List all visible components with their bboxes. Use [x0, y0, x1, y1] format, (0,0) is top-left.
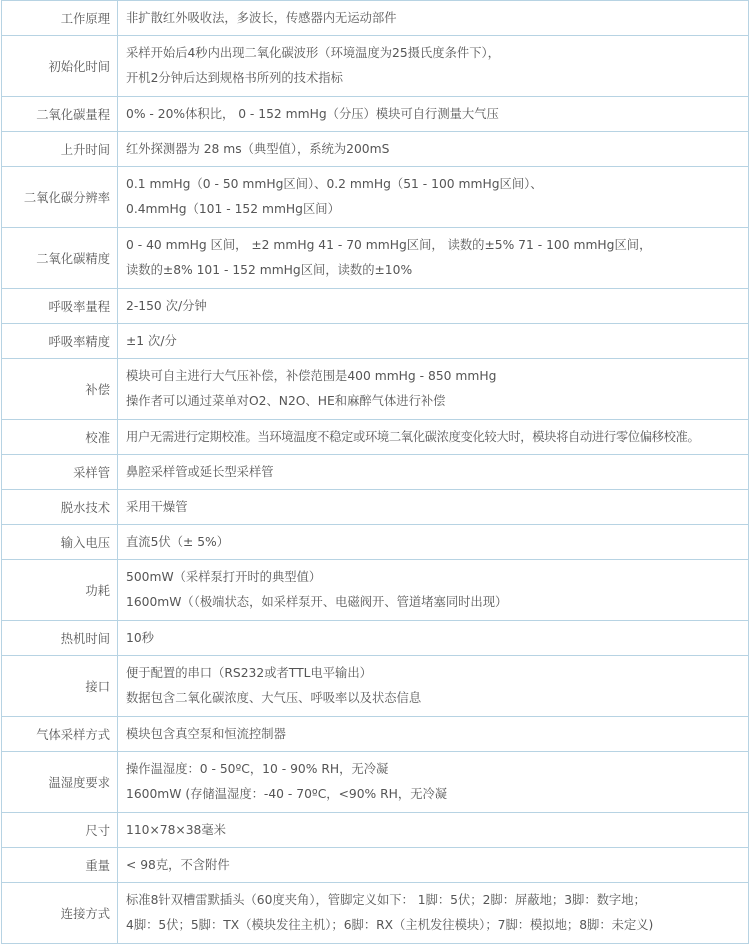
- spec-label: 工作原理: [2, 1, 118, 36]
- spec-label: 初始化时间: [2, 36, 118, 97]
- spec-value: ±1 次/分: [118, 324, 749, 359]
- spec-label: 二氧化碳精度: [2, 228, 118, 289]
- spec-row-sampling-tube: 采样管 鼻腔采样管或延长型采样管: [2, 455, 749, 490]
- spec-row-resp-rate-accuracy: 呼吸率精度 ±1 次/分: [2, 324, 749, 359]
- spec-label: 热机时间: [2, 621, 118, 656]
- spec-row-connection: 连接方式 标准8针双槽雷默插头（60度夹角），管脚定义如下： 1脚：5伏；2脚：…: [2, 883, 749, 944]
- spec-value-line: 采用干燥管: [126, 495, 746, 520]
- spec-value-line: 500mW（采样泵打开时的典型值）: [126, 565, 746, 590]
- spec-value-line: 0.4mmHg（101 - 152 mmHg区间）: [126, 197, 746, 222]
- spec-value: < 98克，不含附件: [118, 848, 749, 883]
- spec-value-line: 0% - 20%体积比， 0 - 152 mmHg（分压）模块可自行测量大气压: [126, 102, 746, 127]
- spec-value-line: 110×78×38毫米: [126, 818, 746, 843]
- spec-value-line: 采样开始后4秒内出现二氧化碳波形（环境温度为25摄氏度条件下），: [126, 41, 746, 66]
- spec-row-interface: 接口 便于配置的串口（RS232或者TTL电平输出） 数据包含二氧化碳浓度、大气…: [2, 656, 749, 717]
- spec-row-temp-humidity: 温湿度要求 操作温湿度：0 - 50ºC，10 - 90% RH，无冷凝 160…: [2, 752, 749, 813]
- spec-value-line: ±1 次/分: [126, 329, 746, 354]
- spec-value-line: 开机2分钟后达到规格书所列的技术指标: [126, 66, 746, 91]
- spec-value: 便于配置的串口（RS232或者TTL电平输出） 数据包含二氧化碳浓度、大气压、呼…: [118, 656, 749, 717]
- spec-row-dehydration: 脱水技术 采用干燥管: [2, 490, 749, 525]
- spec-label: 呼吸率精度: [2, 324, 118, 359]
- spec-value: 模块包含真空泵和恒流控制器: [118, 717, 749, 752]
- spec-value: 采用干燥管: [118, 490, 749, 525]
- spec-label: 重量: [2, 848, 118, 883]
- spec-value: 0.1 mmHg（0 - 50 mmHg区间）、0.2 mmHg（51 - 10…: [118, 167, 749, 228]
- spec-label: 尺寸: [2, 813, 118, 848]
- spec-table: 工作原理 非扩散红外吸收法，多波长，传感器内无运动部件 初始化时间 采样开始后4…: [1, 0, 749, 944]
- spec-row-compensation: 补偿 模块可自主进行大气压补偿，补偿范围是400 mmHg - 850 mmHg…: [2, 359, 749, 420]
- spec-label: 呼吸率量程: [2, 289, 118, 324]
- spec-label: 二氧化碳量程: [2, 97, 118, 132]
- spec-label: 气体采样方式: [2, 717, 118, 752]
- spec-value-line: 红外探测器为 28 ms（典型值），系统为200mS: [126, 137, 746, 162]
- spec-value: 0% - 20%体积比， 0 - 152 mmHg（分压）模块可自行测量大气压: [118, 97, 749, 132]
- spec-label: 补偿: [2, 359, 118, 420]
- spec-value-line: 4脚：5伏；5脚：TX（模块发往主机）；6脚：RX（主机发往模块）；7脚：模拟地…: [126, 913, 746, 938]
- spec-label: 采样管: [2, 455, 118, 490]
- spec-value: 500mW（采样泵打开时的典型值） 1600mW（（极端状态，如采样泵开、电磁阀…: [118, 560, 749, 621]
- spec-value-line: 读数的±8% 101 - 152 mmHg区间，读数的±10%: [126, 258, 746, 283]
- spec-label: 校准: [2, 420, 118, 455]
- spec-row-co2-range: 二氧化碳量程 0% - 20%体积比， 0 - 152 mmHg（分压）模块可自…: [2, 97, 749, 132]
- spec-row-co2-accuracy: 二氧化碳精度 0 - 40 mmHg 区间， ±2 mmHg 41 - 70 m…: [2, 228, 749, 289]
- spec-row-working-principle: 工作原理 非扩散红外吸收法，多波长，传感器内无运动部件: [2, 1, 749, 36]
- spec-value-line: 0 - 40 mmHg 区间， ±2 mmHg 41 - 70 mmHg区间， …: [126, 233, 746, 258]
- spec-value: 模块可自主进行大气压补偿，补偿范围是400 mmHg - 850 mmHg 操作…: [118, 359, 749, 420]
- spec-value-line: 非扩散红外吸收法，多波长，传感器内无运动部件: [126, 6, 746, 31]
- spec-value-line: 操作温湿度：0 - 50ºC，10 - 90% RH，无冷凝: [126, 757, 746, 782]
- spec-label: 连接方式: [2, 883, 118, 944]
- spec-value: 鼻腔采样管或延长型采样管: [118, 455, 749, 490]
- spec-value-line: 便于配置的串口（RS232或者TTL电平输出）: [126, 661, 746, 686]
- spec-value-line: 标准8针双槽雷默插头（60度夹角），管脚定义如下： 1脚：5伏；2脚：屏蔽地；3…: [126, 888, 746, 913]
- spec-value: 0 - 40 mmHg 区间， ±2 mmHg 41 - 70 mmHg区间， …: [118, 228, 749, 289]
- spec-row-rise-time: 上升时间 红外探测器为 28 ms（典型值），系统为200mS: [2, 132, 749, 167]
- spec-value-line: 10秒: [126, 626, 746, 651]
- spec-row-gas-sampling: 气体采样方式 模块包含真空泵和恒流控制器: [2, 717, 749, 752]
- spec-value: 采样开始后4秒内出现二氧化碳波形（环境温度为25摄氏度条件下）， 开机2分钟后达…: [118, 36, 749, 97]
- spec-row-resp-rate-range: 呼吸率量程 2-150 次/分钟: [2, 289, 749, 324]
- spec-label: 温湿度要求: [2, 752, 118, 813]
- spec-row-calibration: 校准 用户无需进行定期校准。当环境温度不稳定或环境二氧化碳浓度变化较大时，模块将…: [2, 420, 749, 455]
- spec-table-body: 工作原理 非扩散红外吸收法，多波长，传感器内无运动部件 初始化时间 采样开始后4…: [2, 1, 749, 944]
- spec-value-line: < 98克，不含附件: [126, 853, 746, 878]
- spec-value-line: 直流5伏（± 5%）: [126, 530, 746, 555]
- spec-value: 操作温湿度：0 - 50ºC，10 - 90% RH，无冷凝 1600mW (存…: [118, 752, 749, 813]
- spec-value: 10秒: [118, 621, 749, 656]
- spec-value-line: 2-150 次/分钟: [126, 294, 746, 319]
- spec-row-power: 功耗 500mW（采样泵打开时的典型值） 1600mW（（极端状态，如采样泵开、…: [2, 560, 749, 621]
- spec-value-line: 模块可自主进行大气压补偿，补偿范围是400 mmHg - 850 mmHg: [126, 364, 746, 389]
- spec-value-line: 1600mW（（极端状态，如采样泵开、电磁阀开、管道堵塞同时出现）: [126, 590, 746, 615]
- spec-value: 用户无需进行定期校准。当环境温度不稳定或环境二氧化碳浓度变化较大时，模块将自动进…: [118, 420, 749, 455]
- spec-value-line: 模块包含真空泵和恒流控制器: [126, 722, 746, 747]
- spec-value-line: 用户无需进行定期校准。当环境温度不稳定或环境二氧化碳浓度变化较大时，模块将自动进…: [126, 425, 746, 450]
- spec-value-line: 鼻腔采样管或延长型采样管: [126, 460, 746, 485]
- spec-row-init-time: 初始化时间 采样开始后4秒内出现二氧化碳波形（环境温度为25摄氏度条件下）， 开…: [2, 36, 749, 97]
- spec-value-line: 数据包含二氧化碳浓度、大气压、呼吸率以及状态信息: [126, 686, 746, 711]
- spec-value: 非扩散红外吸收法，多波长，传感器内无运动部件: [118, 1, 749, 36]
- spec-row-co2-resolution: 二氧化碳分辨率 0.1 mmHg（0 - 50 mmHg区间）、0.2 mmHg…: [2, 167, 749, 228]
- spec-label: 二氧化碳分辨率: [2, 167, 118, 228]
- spec-label: 接口: [2, 656, 118, 717]
- spec-value: 2-150 次/分钟: [118, 289, 749, 324]
- spec-label: 上升时间: [2, 132, 118, 167]
- spec-row-dimensions: 尺寸 110×78×38毫米: [2, 813, 749, 848]
- spec-row-weight: 重量 < 98克，不含附件: [2, 848, 749, 883]
- spec-row-warmup: 热机时间 10秒: [2, 621, 749, 656]
- spec-value: 直流5伏（± 5%）: [118, 525, 749, 560]
- spec-value: 110×78×38毫米: [118, 813, 749, 848]
- spec-value-line: 0.1 mmHg（0 - 50 mmHg区间）、0.2 mmHg（51 - 10…: [126, 172, 746, 197]
- spec-row-input-voltage: 输入电压 直流5伏（± 5%）: [2, 525, 749, 560]
- spec-value-line: 1600mW (存储温湿度：-40 - 70ºC，<90% RH，无冷凝: [126, 782, 746, 807]
- spec-label: 脱水技术: [2, 490, 118, 525]
- spec-value: 标准8针双槽雷默插头（60度夹角），管脚定义如下： 1脚：5伏；2脚：屏蔽地；3…: [118, 883, 749, 944]
- spec-label: 功耗: [2, 560, 118, 621]
- spec-label: 输入电压: [2, 525, 118, 560]
- spec-value-line: 操作者可以通过菜单对O2、N2O、HE和麻醉气体进行补偿: [126, 389, 746, 414]
- spec-value: 红外探测器为 28 ms（典型值），系统为200mS: [118, 132, 749, 167]
